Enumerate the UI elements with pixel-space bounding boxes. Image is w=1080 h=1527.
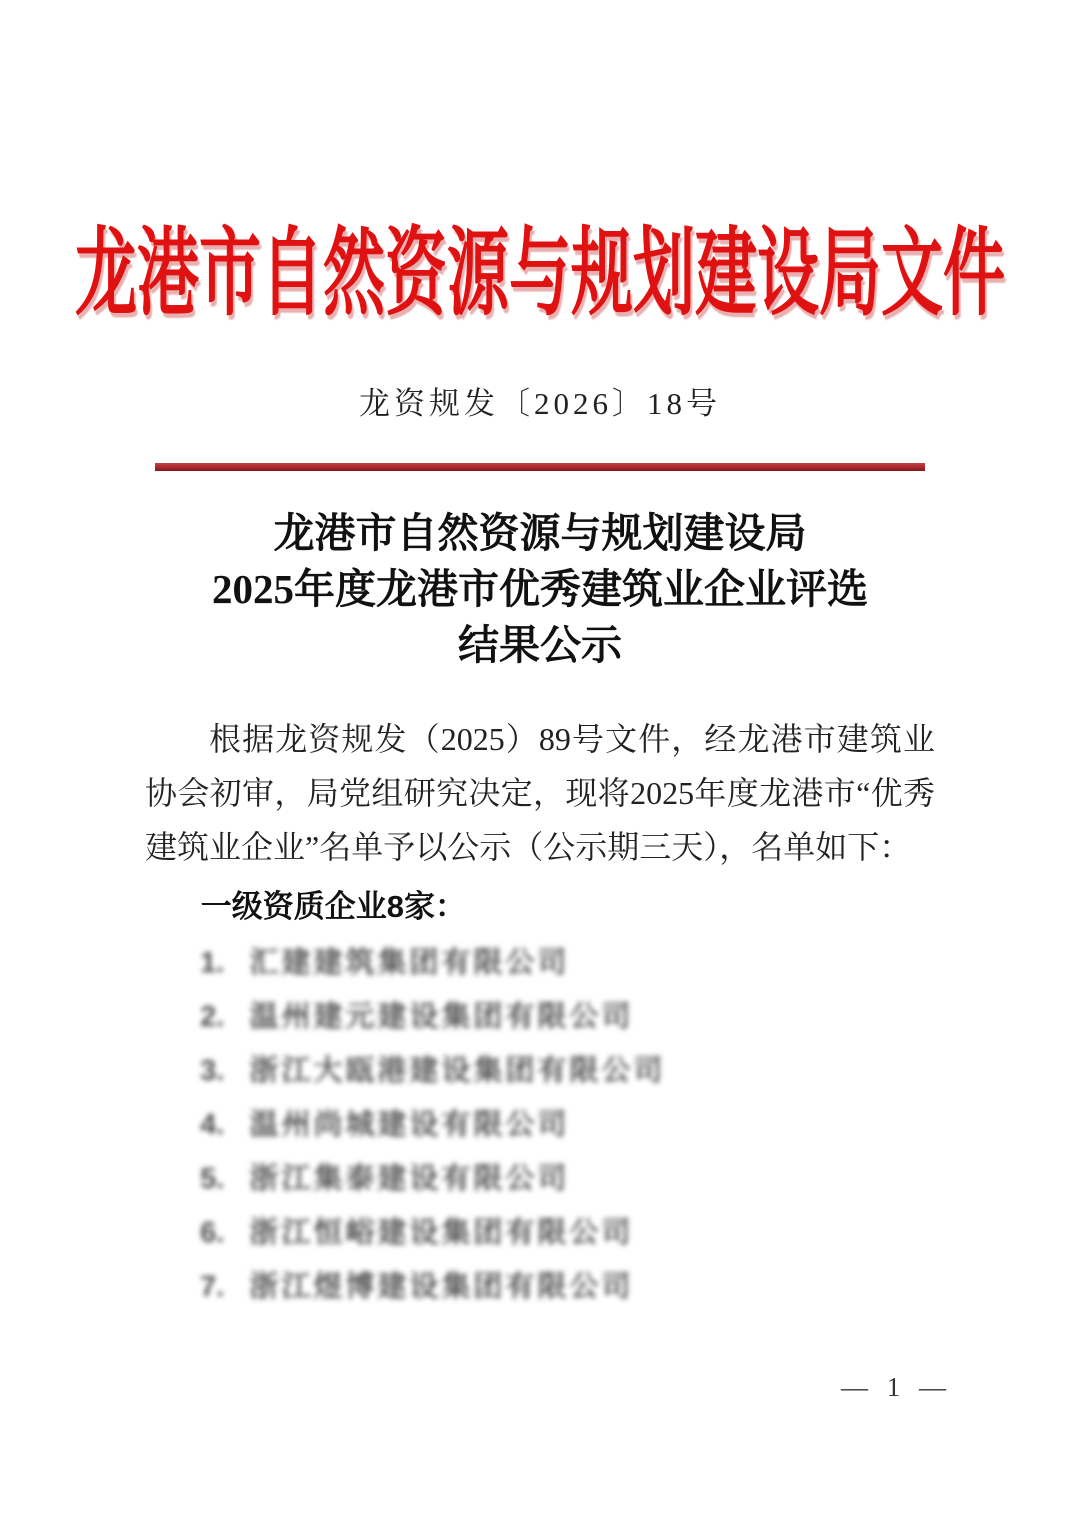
letterhead-title: 龙港市自然资源与规划建设局文件 (75, 196, 1005, 334)
list-item: 5. 浙江集泰建设有限公司 (145, 1152, 935, 1206)
document-page: 龙港市自然资源与规划建设局文件 龙资规发〔2026〕18号 龙港市自然资源与规划… (0, 0, 1080, 1527)
document-title-line-2: 2025年度龙港市优秀建筑业企业评选 (0, 561, 1080, 617)
list-item: 6. 浙江恒峪建设集团有限公司 (145, 1206, 935, 1260)
company-name-blurred: 汇建建筑集团有限公司 (249, 936, 569, 990)
page-number: — 1 — (841, 1372, 952, 1403)
document-title-line-1: 龙港市自然资源与规划建设局 (0, 505, 1080, 561)
company-name-blurred: 温州尚城建设有限公司 (249, 1098, 569, 1152)
company-name-blurred: 浙江恒峪建设集团有限公司 (249, 1206, 633, 1260)
list-item: 1. 汇建建筑集团有限公司 (145, 936, 935, 990)
list-item: 3. 浙江大瓯港建设集团有限公司 (145, 1044, 935, 1098)
document-body: 根据龙资规发（2025）89号文件，经龙港市建筑业协会初审，局党组研究决定，现将… (145, 712, 935, 1314)
list-item-number: 7. (200, 1260, 249, 1314)
document-number: 龙资规发〔2026〕18号 (0, 378, 1080, 423)
list-item-number: 1. (200, 936, 249, 990)
company-list: 1. 汇建建筑集团有限公司 2. 温州建元建设集团有限公司 3. 浙江大瓯港建设… (145, 936, 935, 1314)
company-name-blurred: 浙江大瓯港建设集团有限公司 (249, 1044, 665, 1098)
list-item-number: 6. (200, 1206, 249, 1260)
company-name-blurred: 温州建元建设集团有限公司 (249, 990, 633, 1044)
company-name-blurred: 浙江煜博建设集团有限公司 (249, 1260, 633, 1314)
letterhead-banner: 龙港市自然资源与规划建设局文件 (0, 196, 1080, 285)
company-name-blurred: 浙江集泰建设有限公司 (249, 1152, 569, 1206)
document-title-line-3: 结果公示 (0, 617, 1080, 673)
list-item-number: 5. (200, 1152, 249, 1206)
document-title: 龙港市自然资源与规划建设局 2025年度龙港市优秀建筑业企业评选 结果公示 (0, 505, 1080, 673)
list-item: 7. 浙江煜博建设集团有限公司 (145, 1260, 935, 1314)
red-separator-line (155, 463, 925, 471)
body-paragraph: 根据龙资规发（2025）89号文件，经龙港市建筑业协会初审，局党组研究决定，现将… (145, 712, 935, 874)
list-item: 4. 温州尚城建设有限公司 (145, 1098, 935, 1152)
list-item: 2. 温州建元建设集团有限公司 (145, 990, 935, 1044)
list-item-number: 3. (200, 1044, 249, 1098)
list-item-number: 2. (200, 990, 249, 1044)
list-item-number: 4. (200, 1098, 249, 1152)
list-heading: 一级资质企业8家： (145, 880, 935, 934)
